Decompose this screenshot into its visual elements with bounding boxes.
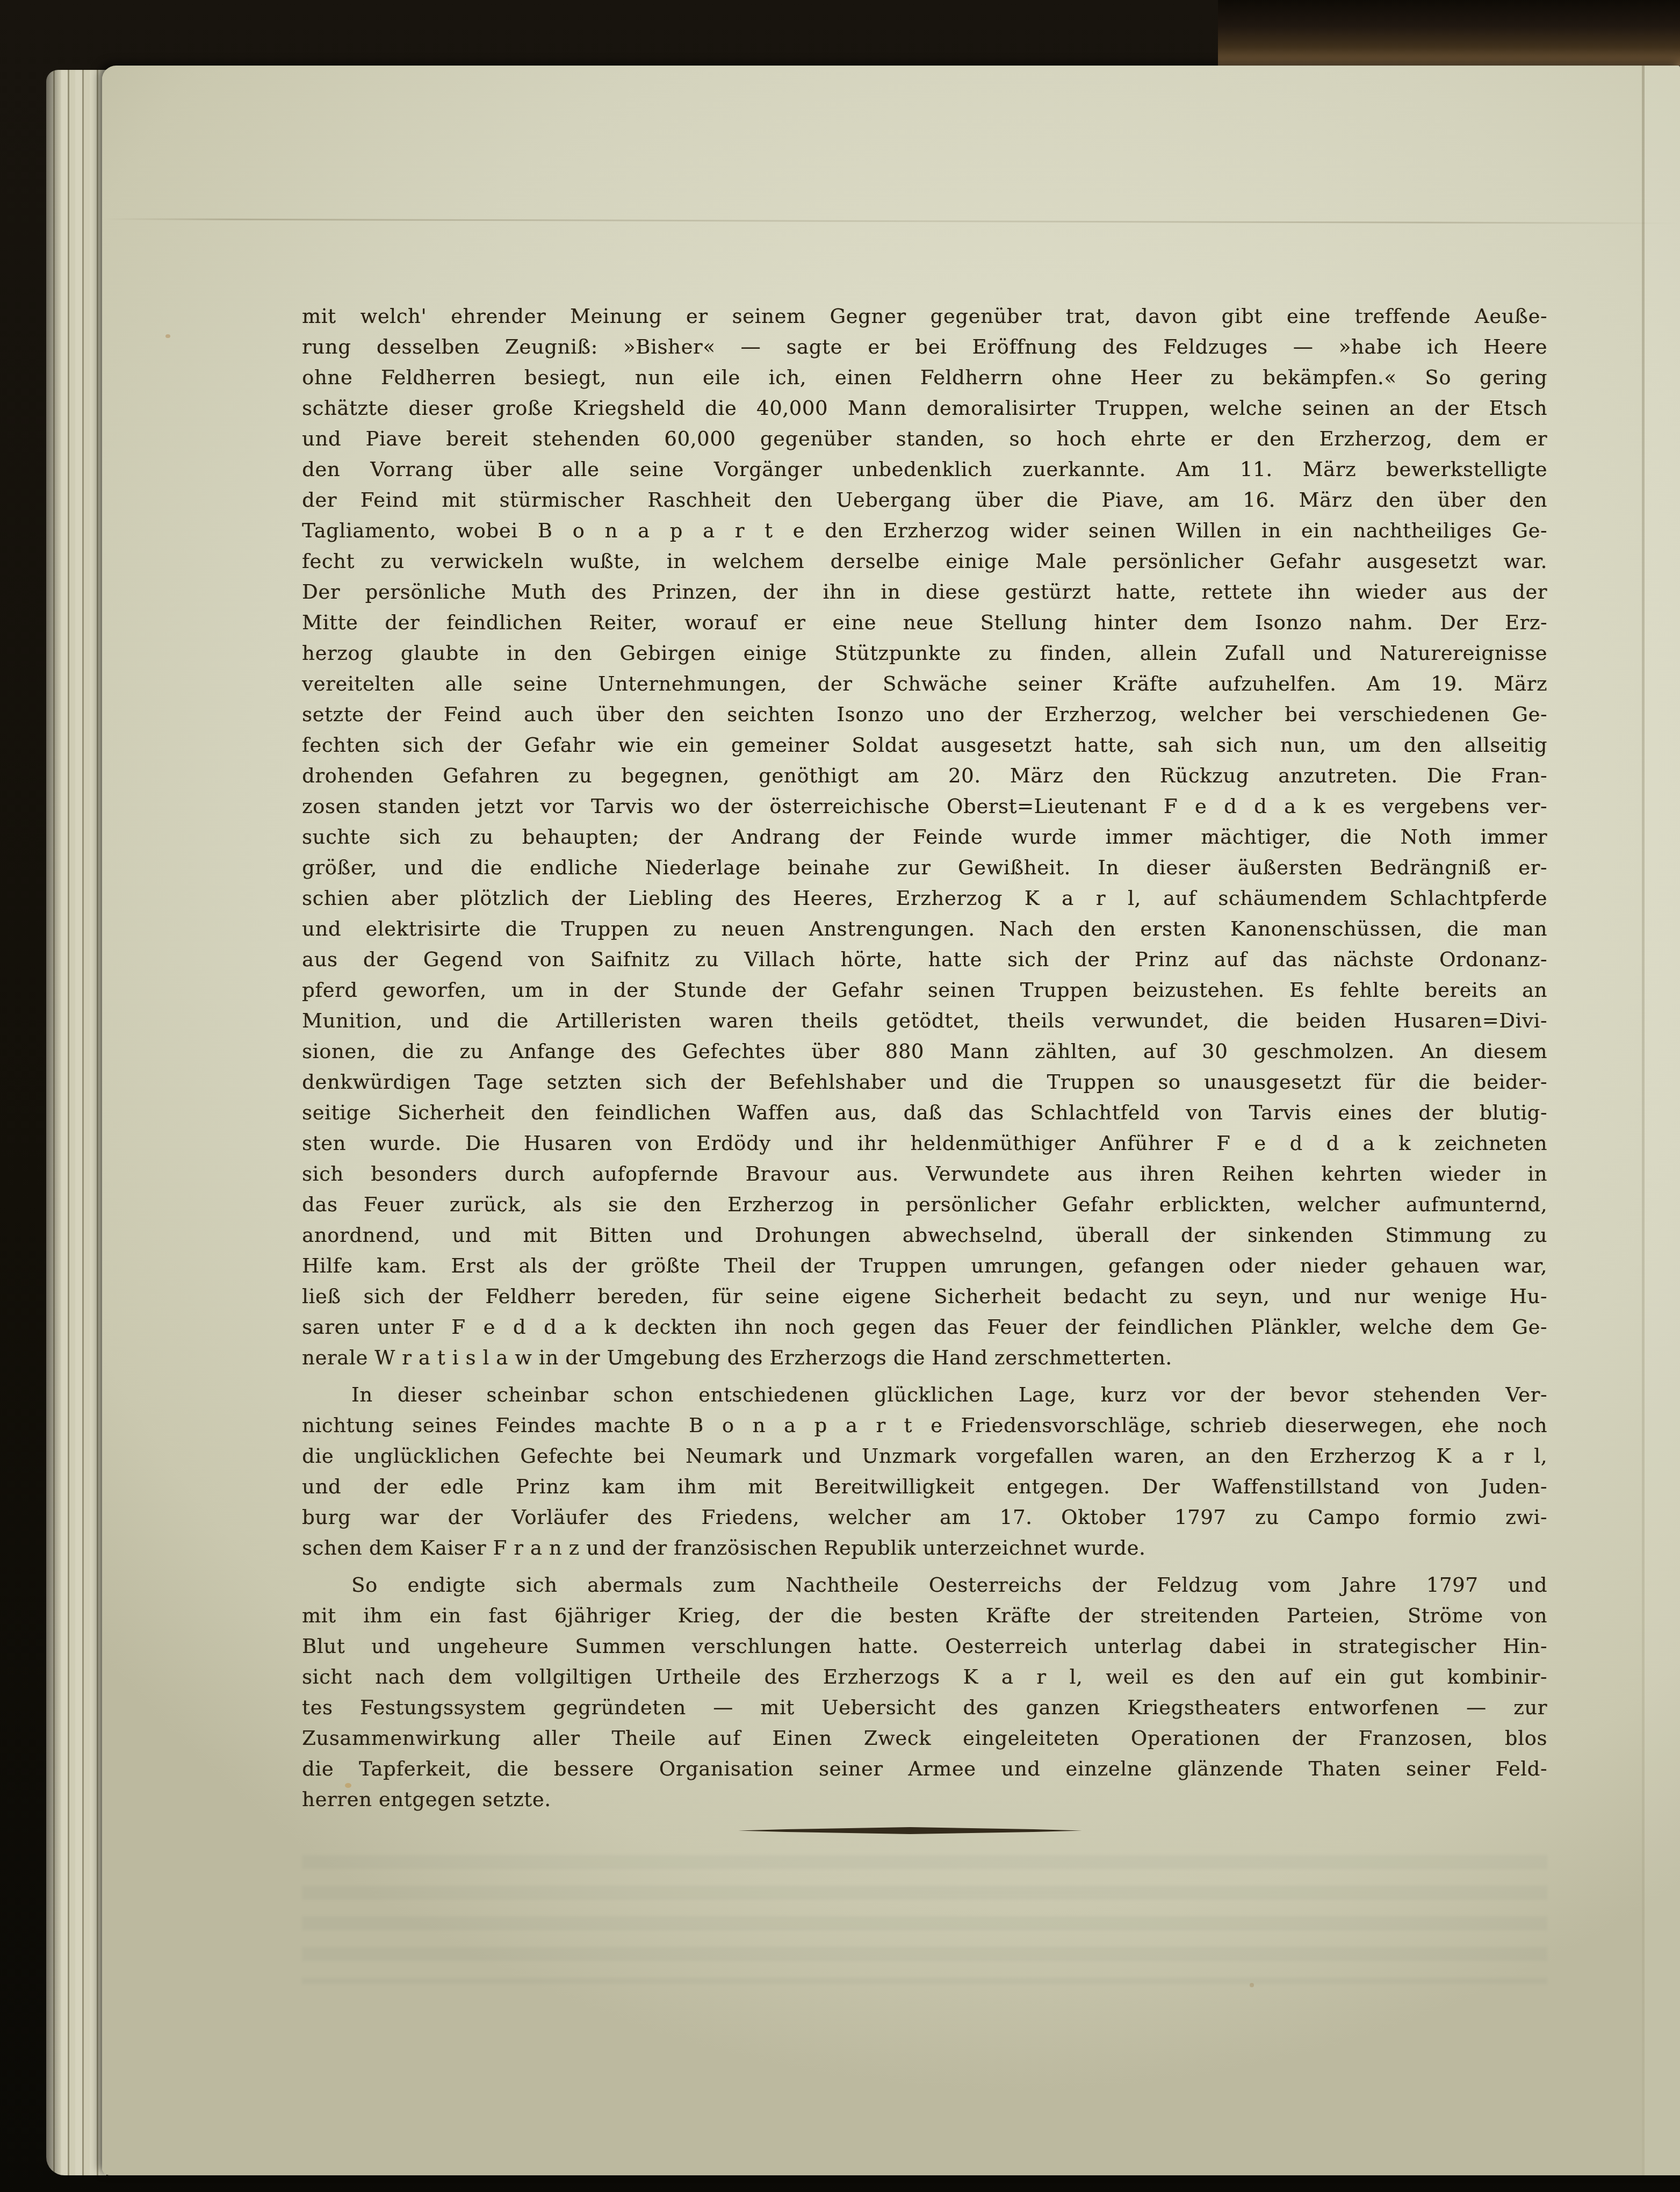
text-block: mit welch' ehrender Meinung er seinem Ge… [302,301,1547,1835]
text-line: Munition, und die Artilleristen waren th… [302,1005,1547,1036]
text-line: drohenden Gefahren zu begegnen, genöthig… [302,760,1547,791]
binding-leather [1218,0,1680,66]
section-divider-rule [738,1827,1082,1835]
text-line: den Vorrang über alle seine Vorgänger un… [302,454,1547,485]
text-line: saren unter F e d d a k deckten ihn noch… [302,1312,1547,1342]
paragraph: In dieser scheinbar schon entschiedenen … [302,1379,1547,1563]
text-line: das Feuer zurück, als sie den Erzherzog … [302,1189,1547,1220]
text-line: mit welch' ehrender Meinung er seinem Ge… [302,301,1547,332]
text-line: Zusammenwirkung aller Theile auf Einen Z… [302,1723,1547,1753]
paragraph: So endigte sich abermals zum Nachtheile … [302,1570,1547,1815]
text-line: Blut und ungeheure Summen verschlungen h… [302,1631,1547,1662]
text-line: rung desselben Zeugniß: »Bisher« — sagte… [302,332,1547,362]
text-line: sicht nach dem vollgiltigen Urtheile des… [302,1662,1547,1692]
verso-show-through [302,1855,1547,1984]
text-line: fecht zu verwickeln wußte, in welchem de… [302,546,1547,577]
text-line: nichtung seines Feindes machte B o n a p… [302,1410,1547,1441]
text-line: nerale W r a t i s l a w in der Umgebung… [302,1342,1547,1373]
book-page: mit welch' ehrender Meinung er seinem Ge… [102,66,1680,2175]
paragraph: mit welch' ehrender Meinung er seinem Ge… [302,301,1547,1373]
gutter-strip [1645,66,1680,2175]
text-line: sionen, die zu Anfange des Gefechtes übe… [302,1036,1547,1067]
horizontal-crease [102,218,1680,224]
text-line: herren entgegen setzte. [302,1784,1547,1815]
text-line: Mitte der feindlichen Reiter, worauf er … [302,607,1547,638]
foxing-spot [165,334,170,338]
text-line: Der persönliche Muth des Prinzen, der ih… [302,577,1547,607]
text-line: schien aber plötzlich der Liebling des H… [302,883,1547,914]
text-line: In dieser scheinbar schon entschiedenen … [302,1379,1547,1410]
text-line: und der edle Prinz kam ihm mit Bereitwil… [302,1471,1547,1502]
page-edge-stack [46,70,106,2175]
text-line: herzog glaubte in den Gebirgen einige St… [302,638,1547,669]
text-line: fechten sich der Gefahr wie ein gemeiner… [302,730,1547,760]
text-line: aus der Gegend von Saifnitz zu Villach h… [302,944,1547,975]
text-line: schen dem Kaiser F r a n z und der franz… [302,1533,1547,1563]
text-line: die Tapferkeit, die bessere Organisation… [302,1753,1547,1784]
text-line: der Feind mit stürmischer Raschheit den … [302,485,1547,515]
text-line: zosen standen jetzt vor Tarvis wo der ös… [302,791,1547,822]
text-line: größer, und die endliche Niederlage bein… [302,852,1547,883]
foxing-spot [1250,1983,1254,1987]
text-line: sten wurde. Die Husaren von Erdödy und i… [302,1128,1547,1159]
text-line: denkwürdigen Tage setzten sich der Befeh… [302,1067,1547,1097]
text-line: ließ sich der Feldherr bereden, für sein… [302,1281,1547,1312]
text-line: tes Festungssystem gegründeten — mit Ueb… [302,1692,1547,1723]
text-line: die unglücklichen Gefechte bei Neumark u… [302,1441,1547,1471]
text-line: Tagliamento, wobei B o n a p a r t e den… [302,515,1547,546]
text-line: schätzte dieser große Kriegsheld die 40,… [302,393,1547,423]
text-line: suchte sich zu behaupten; der Andrang de… [302,822,1547,852]
text-line: sich besonders durch aufopfernde Bravour… [302,1159,1547,1189]
text-line: und Piave bereit stehenden 60,000 gegenü… [302,423,1547,454]
text-line: anordnend, und mit Bitten und Drohungen … [302,1220,1547,1250]
text-line: mit ihm ein fast 6jähriger Krieg, der di… [302,1600,1547,1631]
book-scan: mit welch' ehrender Meinung er seinem Ge… [0,0,1680,2192]
text-line: vereitelten alle seine Unternehmungen, d… [302,669,1547,699]
text-line: So endigte sich abermals zum Nachtheile … [302,1570,1547,1600]
text-line: und elektrisirte die Truppen zu neuen An… [302,914,1547,944]
text-line: burg war der Vorläufer des Friedens, wel… [302,1502,1547,1533]
text-line: pferd geworfen, um in der Stunde der Gef… [302,975,1547,1005]
text-line: Hilfe kam. Erst als der größte Theil der… [302,1250,1547,1281]
text-line: ohne Feldherren besiegt, nun eile ich, e… [302,362,1547,393]
text-line: setzte der Feind auch über den seichten … [302,699,1547,730]
text-line: seitige Sicherheit den feindlichen Waffe… [302,1097,1547,1128]
